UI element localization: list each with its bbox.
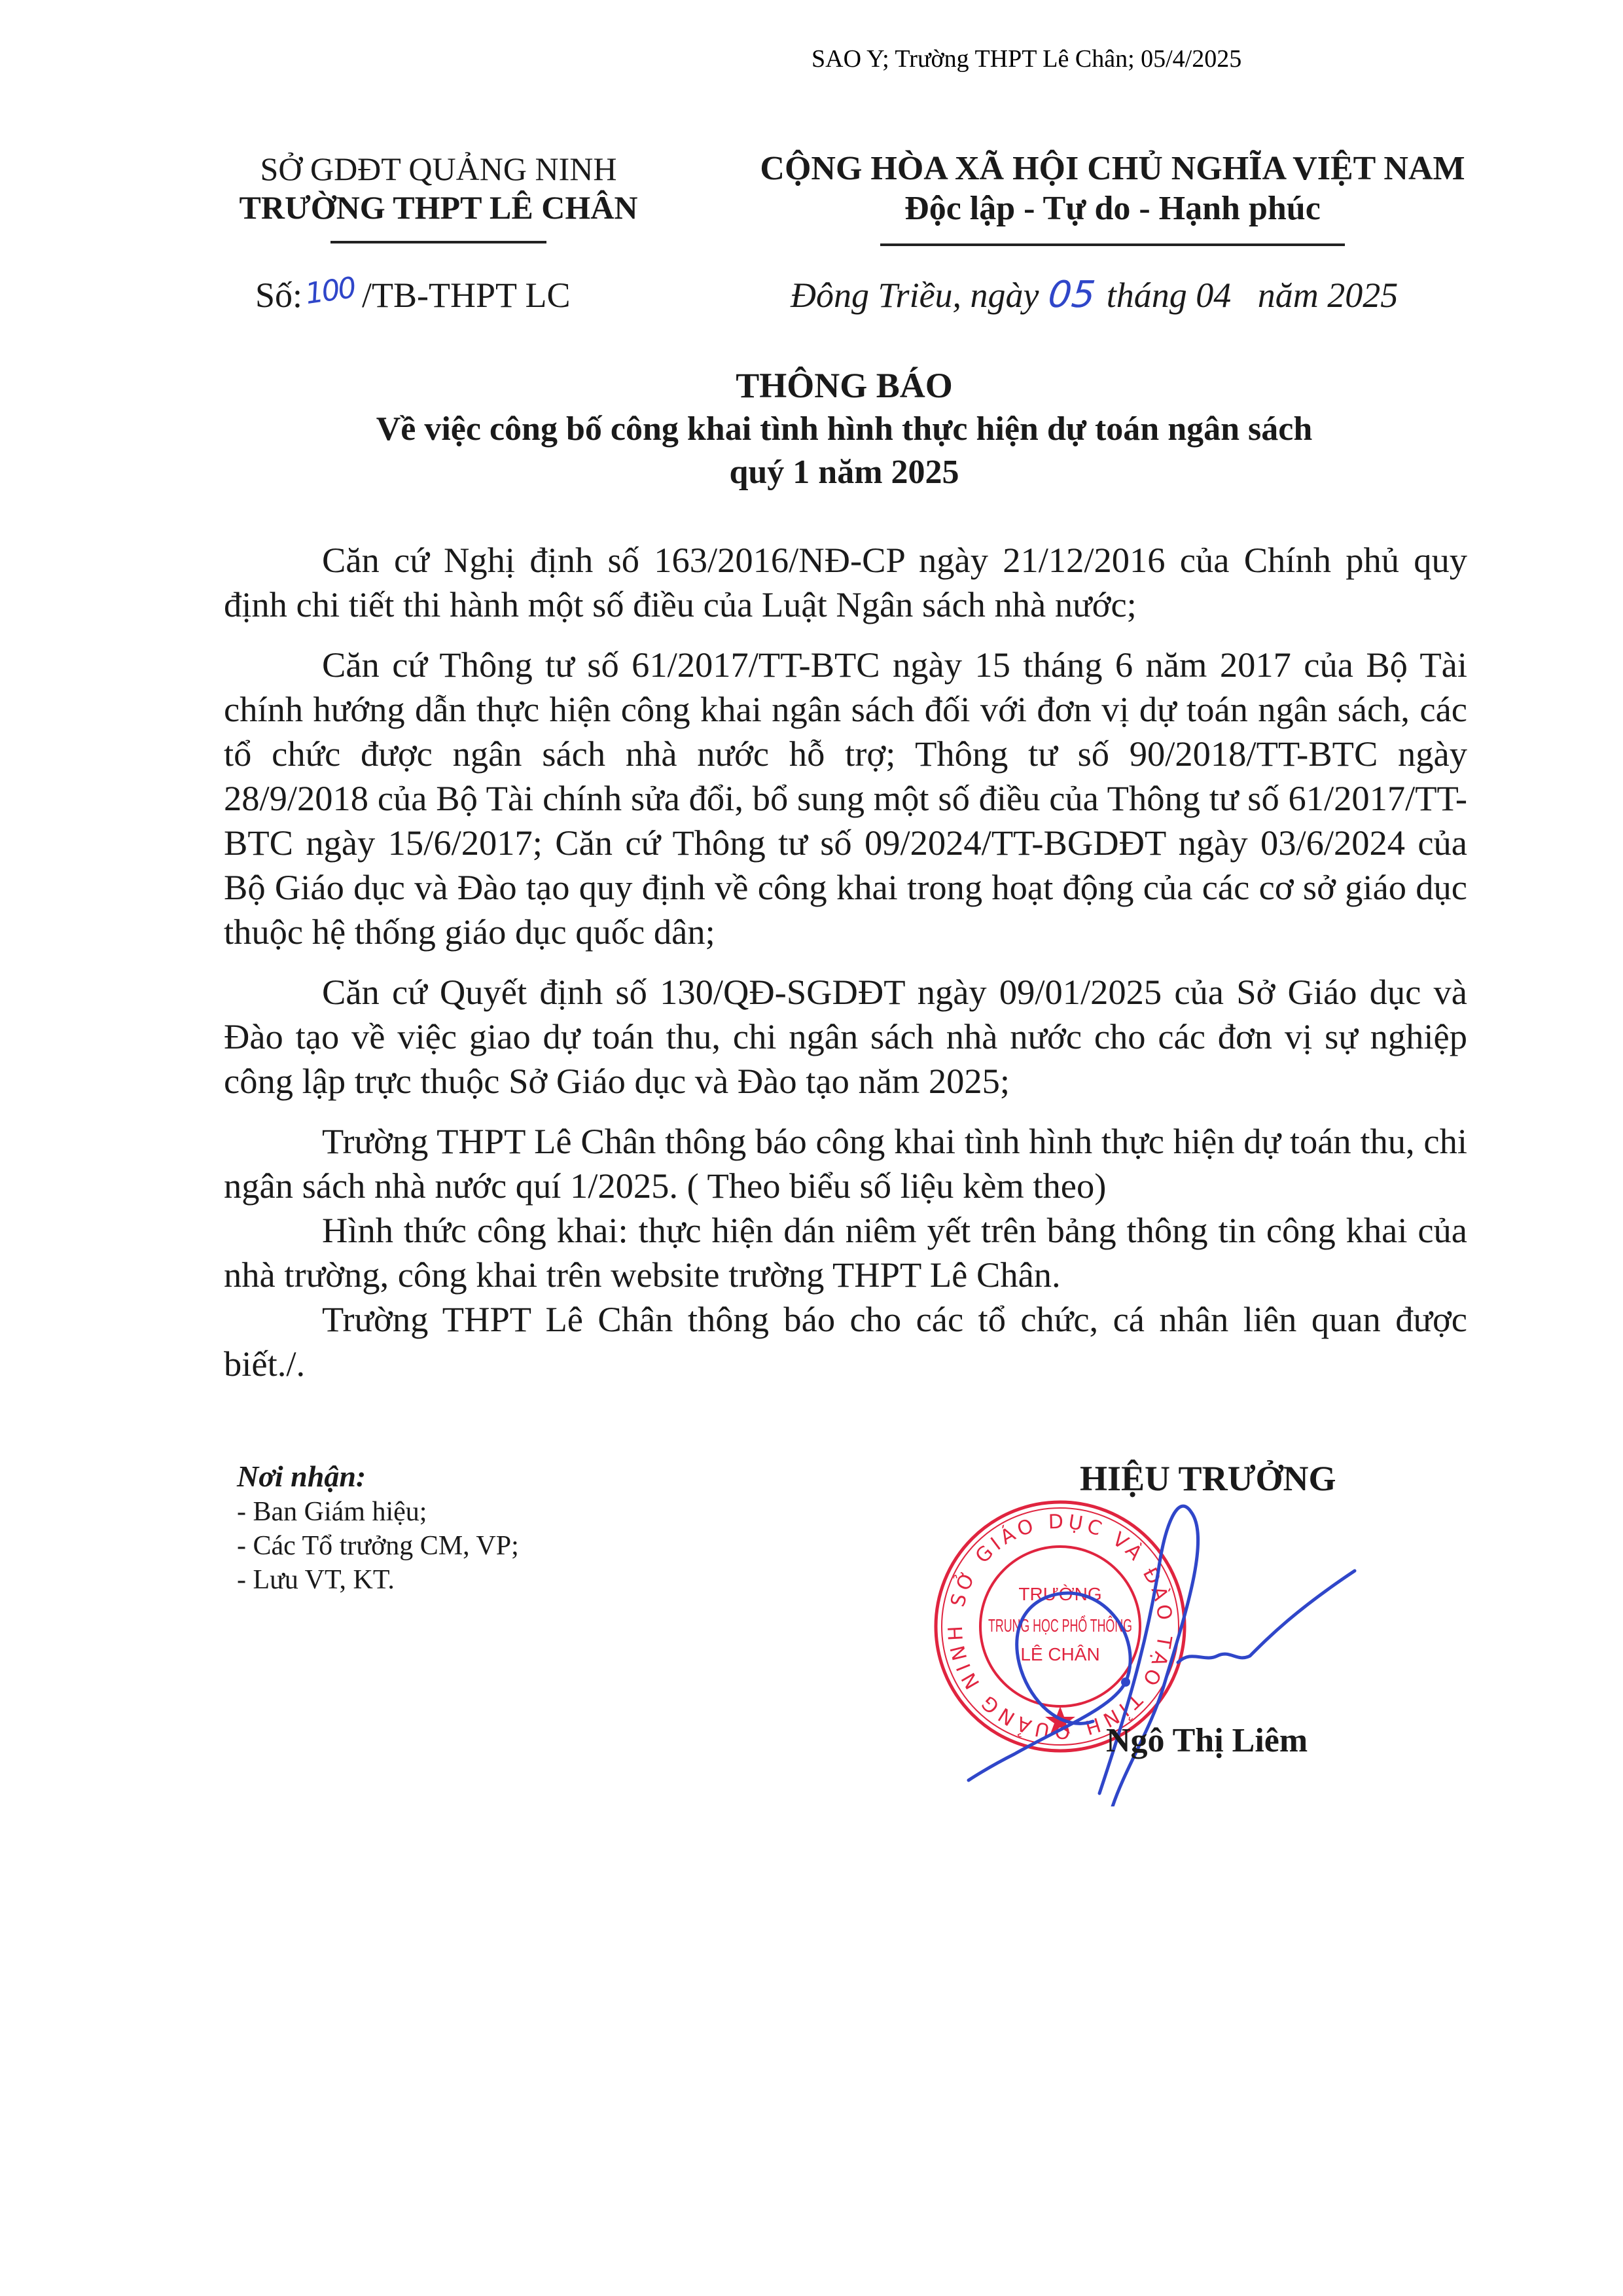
doc-number-suffix: /TB-THPT LC [362, 276, 571, 315]
body-paragraph: Căn cứ Nghị định số 163/2016/NĐ-CP ngày … [224, 538, 1467, 627]
agency-name: TRƯỜNG THPT LÊ CHÂN [209, 188, 668, 226]
place-prefix: Đông Triều, ngày [791, 276, 1039, 315]
recipient-item: - Lưu VT, KT. [237, 1563, 519, 1597]
document-title: THÔNG BÁO Về việc công bố công khai tình… [196, 363, 1492, 494]
title-main: THÔNG BÁO [196, 363, 1492, 408]
document-body: Căn cứ Nghị định số 163/2016/NĐ-CP ngày … [224, 538, 1467, 1386]
handwritten-doc-number: 100 [303, 271, 356, 311]
signer-name: Ngô Thị Liêm [1106, 1721, 1308, 1760]
body-paragraph: Trường THPT Lê Chân thông báo công khai … [224, 1119, 1467, 1208]
doc-number-prefix: Số: [255, 276, 302, 315]
body-paragraph: Hình thức công khai: thực hiện dán niêm … [224, 1208, 1467, 1297]
month-text: tháng 04 [1107, 276, 1232, 315]
body-paragraph: Căn cứ Quyết định số 130/QĐ-SGDĐT ngày 0… [224, 970, 1467, 1103]
title-subtitle-line-1: Về việc công bố công khai tình hình thực… [196, 408, 1492, 451]
recipients-title: Nơi nhận: [237, 1458, 519, 1495]
nation-motto: Độc lập - Tự do - Hạnh phúc [720, 188, 1505, 229]
issuing-agency-header: SỞ GDĐT QUẢNG NINH TRƯỜNG THPT LÊ CHÂN [209, 149, 668, 243]
recipient-item: - Các Tổ trưởng CM, VP; [237, 1529, 519, 1563]
title-subtitle-line-2: quý 1 năm 2025 [196, 451, 1492, 494]
place-and-date: Đông Triều, ngày05tháng 04 năm 2025 [791, 274, 1398, 316]
national-header: CỘNG HÒA XÃ HỘI CHỦ NGHĨA VIỆT NAM Độc l… [720, 149, 1505, 246]
year-text: năm 2025 [1258, 276, 1399, 315]
document-number: Số:100/TB-THPT LC [255, 275, 571, 315]
recipient-item: - Ban Giám hiệu; [237, 1495, 519, 1529]
motto-underline [880, 243, 1345, 246]
parent-agency: SỞ GDĐT QUẢNG NINH [209, 149, 668, 188]
body-paragraph: Căn cứ Thông tư số 61/2017/TT-BTC ngày 1… [224, 643, 1467, 954]
copy-certification-note: SAO Y; Trường THPT Lê Chân; 05/4/2025 [811, 45, 1241, 73]
recipients-list: - Ban Giám hiệu; - Các Tổ trưởng CM, VP;… [237, 1495, 519, 1597]
agency-underline [330, 241, 546, 243]
body-paragraph: Trường THPT Lê Chân thông báo cho các tổ… [224, 1297, 1467, 1386]
nation-name: CỘNG HÒA XÃ HỘI CHỦ NGHĨA VIỆT NAM [720, 149, 1505, 188]
handwritten-day: 05 [1046, 274, 1097, 316]
recipients-block: Nơi nhận: - Ban Giám hiệu; - Các Tổ trưở… [237, 1458, 519, 1597]
